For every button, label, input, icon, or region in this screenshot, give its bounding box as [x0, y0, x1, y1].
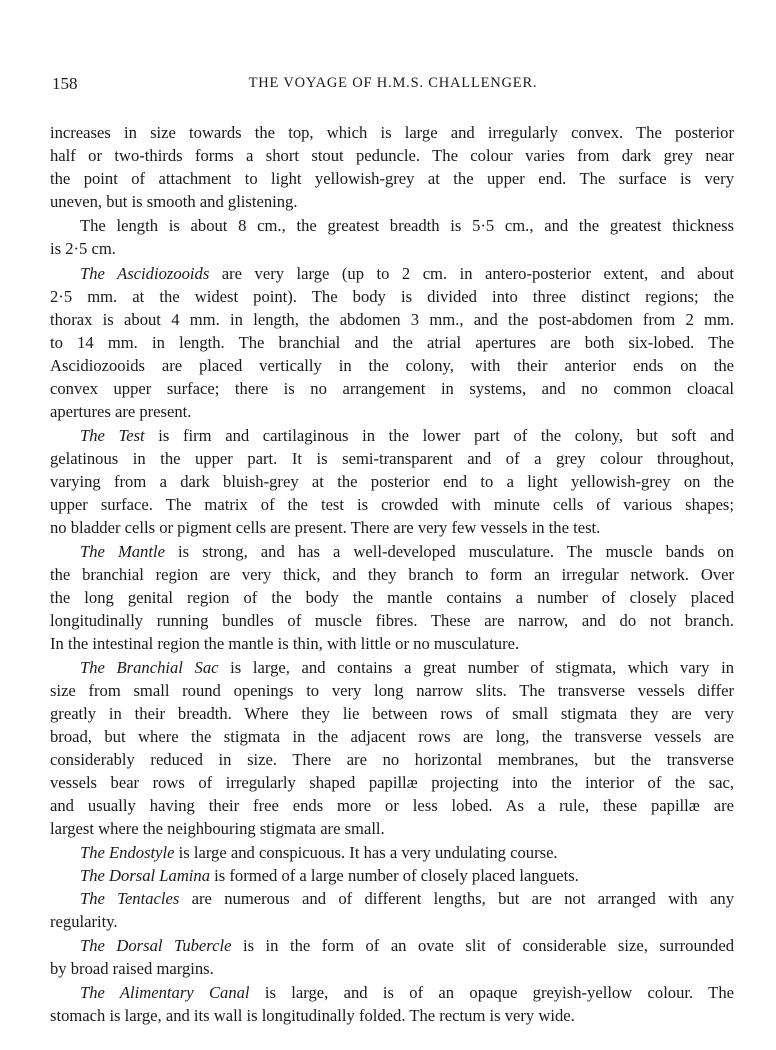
- line-text: regularity.: [50, 912, 118, 931]
- line-text: is strong, and has a well-developed musc…: [165, 542, 734, 561]
- book-page: 158 THE VOYAGE OF H.M.S. CHALLENGER. inc…: [0, 0, 776, 1050]
- text-line: longitudinally running bundles of muscle…: [50, 609, 734, 632]
- line-text: the point of attachment to light yellowi…: [50, 169, 734, 188]
- text-line: the long genital region of the body the …: [50, 586, 734, 609]
- text-line: uneven, but is smooth and glistening.: [50, 190, 734, 213]
- paragraph-first-line: The Endostyle is large and conspicuous. …: [80, 841, 734, 864]
- text-line: 2·5 mm. at the widest point). The body i…: [50, 285, 734, 308]
- line-text: half or two-thirds forms a short stout p…: [50, 146, 734, 165]
- line-text: Ascidiozooids are placed vertically in t…: [50, 356, 734, 375]
- text-line: gelatinous in the upper part. It is semi…: [50, 447, 734, 470]
- line-text: are numerous and of different lengths, b…: [179, 889, 734, 908]
- paragraph-first-line: The Mantle is strong, and has a well-dev…: [80, 540, 734, 563]
- line-text: In the intestinal region the mantle is t…: [50, 634, 519, 653]
- line-text: is in the form of an ovate slit of consi…: [231, 936, 734, 955]
- section-heading-italic: The Dorsal Lamina: [80, 866, 210, 885]
- line-text: thorax is about 4 mm. in length, the abd…: [50, 310, 734, 329]
- text-line: increases in size towards the top, which…: [50, 121, 734, 144]
- running-head: 158 THE VOYAGE OF H.M.S. CHALLENGER.: [52, 74, 734, 96]
- text-line: Ascidiozooids are placed vertically in t…: [50, 354, 734, 377]
- paragraph-first-line: The Test is firm and cartilaginous in th…: [80, 424, 734, 447]
- section-heading-italic: The Branchial Sac: [80, 658, 219, 677]
- text-line: broad, but where the stigmata in the adj…: [50, 725, 734, 748]
- text-line: varying from a dark bluish-grey at the p…: [50, 470, 734, 493]
- line-text: and usually having their free ends more …: [50, 796, 734, 815]
- paragraph-first-line: The length is about 8 cm., the greatest …: [80, 214, 734, 237]
- paragraph-first-line: The Branchial Sac is large, and contains…: [80, 656, 734, 679]
- text-line: by broad raised margins.: [50, 957, 734, 980]
- section-heading-italic: The Endostyle: [80, 843, 174, 862]
- text-line: largest where the neighbouring stigmata …: [50, 817, 734, 840]
- line-text: is firm and cartilaginous in the lower p…: [145, 426, 734, 445]
- line-text: the branchial region are very thick, and…: [50, 565, 734, 584]
- line-text: uneven, but is smooth and glistening.: [50, 192, 298, 211]
- line-text: increases in size towards the top, which…: [50, 123, 734, 142]
- running-title: THE VOYAGE OF H.M.S. CHALLENGER.: [52, 75, 734, 92]
- line-text: is large, and contains a great number of…: [219, 658, 734, 677]
- line-text: is large and conspicuous. It has a very …: [174, 843, 557, 862]
- line-text: upper surface. The matrix of the test is…: [50, 495, 734, 514]
- line-text: is large, and is of an opaque greyish-ye…: [250, 983, 734, 1002]
- line-text: apertures are present.: [50, 402, 191, 421]
- section-heading-italic: The Dorsal Tubercle: [80, 936, 231, 955]
- text-line: thorax is about 4 mm. in length, the abd…: [50, 308, 734, 331]
- line-text: the long genital region of the body the …: [50, 588, 734, 607]
- line-text: gelatinous in the upper part. It is semi…: [50, 449, 734, 468]
- text-line: is 2·5 cm.: [50, 237, 734, 260]
- line-text: is formed of a large number of closely p…: [210, 866, 579, 885]
- section-heading-italic: The Ascidiozooids: [80, 264, 209, 283]
- paragraph-first-line: The Dorsal Tubercle is in the form of an…: [80, 934, 734, 957]
- line-text: 2·5 mm. at the widest point). The body i…: [50, 287, 734, 306]
- text-line: half or two-thirds forms a short stout p…: [50, 144, 734, 167]
- line-text: are very large (up to 2 cm. in antero-po…: [209, 264, 734, 283]
- text-line: and usually having their free ends more …: [50, 794, 734, 817]
- paragraph-first-line: The Dorsal Lamina is formed of a large n…: [80, 864, 734, 887]
- paragraph-first-line: The Alimentary Canal is large, and is of…: [80, 981, 734, 1004]
- text-line: size from small round openings to very l…: [50, 679, 734, 702]
- line-text: is 2·5 cm.: [50, 239, 116, 258]
- section-heading-italic: The Alimentary Canal: [80, 983, 250, 1002]
- section-heading-italic: The Mantle: [80, 542, 165, 561]
- text-line: the branchial region are very thick, and…: [50, 563, 734, 586]
- text-line: no bladder cells or pigment cells are pr…: [50, 516, 734, 539]
- section-heading-italic: The Test: [80, 426, 145, 445]
- line-text: varying from a dark bluish-grey at the p…: [50, 472, 734, 491]
- text-line: vessels bear rows of irregularly shaped …: [50, 771, 734, 794]
- line-text: size from small round openings to very l…: [50, 681, 734, 700]
- text-line: In the intestinal region the mantle is t…: [50, 632, 734, 655]
- line-text: to 14 mm. in length. The branchial and t…: [50, 333, 734, 352]
- line-text: stomach is large, and its wall is longit…: [50, 1006, 575, 1025]
- line-text: longitudinally running bundles of muscle…: [50, 611, 734, 630]
- text-line: to 14 mm. in length. The branchial and t…: [50, 331, 734, 354]
- line-text: broad, but where the stigmata in the adj…: [50, 727, 734, 746]
- paragraph-first-line: The Tentacles are numerous and of differ…: [80, 887, 734, 910]
- line-text: no bladder cells or pigment cells are pr…: [50, 518, 600, 537]
- text-line: regularity.: [50, 910, 734, 933]
- text-line: convex upper surface; there is no arrang…: [50, 377, 734, 400]
- text-line: the point of attachment to light yellowi…: [50, 167, 734, 190]
- text-line: greatly in their breadth. Where they lie…: [50, 702, 734, 725]
- text-line: considerably reduced in size. There are …: [50, 748, 734, 771]
- paragraph-first-line: The Ascidiozooids are very large (up to …: [80, 262, 734, 285]
- line-text: vessels bear rows of irregularly shaped …: [50, 773, 734, 792]
- text-line: apertures are present.: [50, 400, 734, 423]
- line-text: The length is about 8 cm., the greatest …: [80, 216, 734, 235]
- line-text: by broad raised margins.: [50, 959, 214, 978]
- section-heading-italic: The Tentacles: [80, 889, 179, 908]
- text-line: stomach is large, and its wall is longit…: [50, 1004, 734, 1027]
- text-line: upper surface. The matrix of the test is…: [50, 493, 734, 516]
- line-text: convex upper surface; there is no arrang…: [50, 379, 734, 398]
- line-text: largest where the neighbouring stigmata …: [50, 819, 385, 838]
- line-text: considerably reduced in size. There are …: [50, 750, 734, 769]
- line-text: greatly in their breadth. Where they lie…: [50, 704, 734, 723]
